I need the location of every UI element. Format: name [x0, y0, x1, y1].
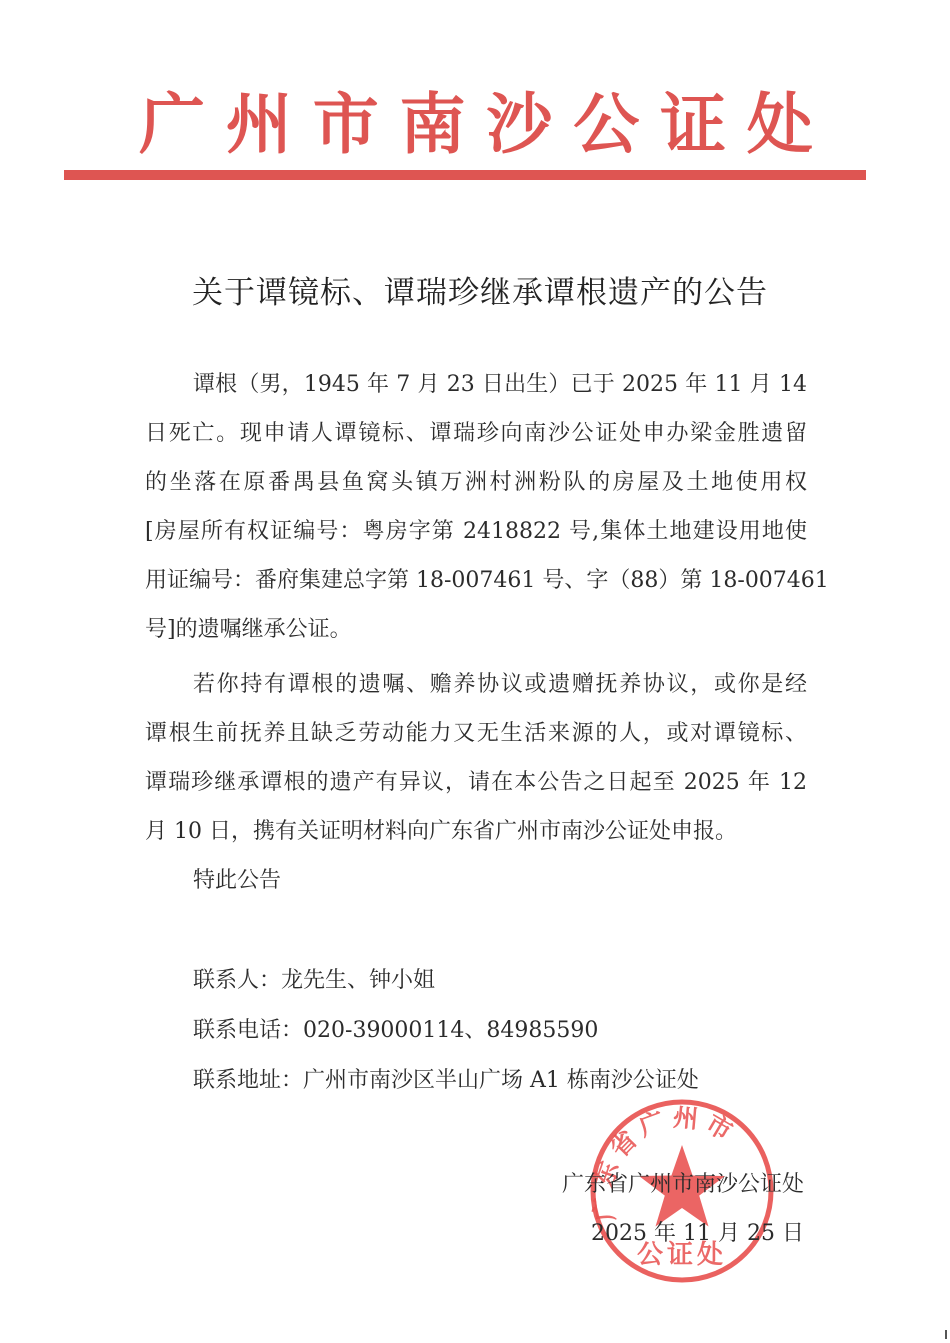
notice-paragraph-1: 谭根（男，1945 年 7 月 23 日出生）已于 2025 年 11 月 14…	[145, 360, 807, 654]
contact-phone-value: 020-39000114、84985590	[303, 1018, 598, 1043]
letterhead-char: 南	[397, 84, 469, 164]
letterhead-char: 公	[570, 84, 642, 164]
letterhead-char: 证	[657, 84, 729, 164]
letterhead-char: 广	[136, 84, 208, 164]
contact-person-label: 联系人：	[193, 968, 281, 993]
paragraph-line: 谭根生前抚养且缺乏劳动能力又无生活来源的人，或对谭镜标、	[145, 709, 807, 758]
notice-paragraph-2: 若你持有谭根的遗嘱、赡养协议或遗赠抚养协议，或你是经 谭根生前抚养且缺乏劳动能力…	[145, 660, 807, 856]
letterhead-char: 处	[744, 84, 816, 164]
scan-edge-mark	[945, 1330, 947, 1339]
paragraph-line: 谭根（男，1945 年 7 月 23 日出生）已于 2025 年 11 月 14	[145, 360, 807, 409]
notice-title: 关于谭镜标、谭瑞珍继承谭根遗产的公告	[100, 271, 860, 315]
contact-address-label: 联系地址：	[193, 1068, 303, 1093]
issue-date: 2025 年 11 月 25 日	[562, 1209, 804, 1258]
closing-statement: 特此公告	[193, 856, 281, 905]
contact-phone: 联系电话：020-39000114、84985590	[193, 1006, 699, 1056]
letterhead-char: 州	[223, 84, 295, 164]
letterhead-title: 广 州 市 南 沙 公 证 处	[136, 84, 816, 164]
paragraph-line: [房屋所有权证编号：粤房字第 2418822 号,集体土地建设用地使	[145, 507, 807, 556]
contact-person-value: 龙先生、钟小姐	[281, 968, 435, 993]
paragraph-line: 号]的遗嘱继承公证。	[145, 605, 807, 654]
letterhead-divider	[64, 170, 866, 180]
signature-block: 广东省广州市南沙公证处 2025 年 11 月 25 日	[562, 1160, 804, 1258]
contact-person: 联系人：龙先生、钟小姐	[193, 956, 699, 1006]
paragraph-line: 谭瑞珍继承谭根的遗产有异议，请在本公告之日起至 2025 年 12	[145, 758, 807, 807]
notice-page: 广 州 市 南 沙 公 证 处 关于谭镜标、谭瑞珍继承谭根遗产的公告 谭根（男，…	[0, 0, 950, 1343]
issuer-name: 广东省广州市南沙公证处	[562, 1160, 804, 1209]
contact-address-value: 广州市南沙区半山广场 A1 栋南沙公证处	[303, 1068, 699, 1093]
contact-info: 联系人：龙先生、钟小姐 联系电话：020-39000114、84985590 联…	[193, 956, 699, 1106]
paragraph-line: 的坐落在原番禺县鱼窝头镇万洲村洲粉队的房屋及土地使用权	[145, 458, 807, 507]
contact-phone-label: 联系电话：	[193, 1018, 303, 1043]
paragraph-line: 若你持有谭根的遗嘱、赡养协议或遗赠抚养协议，或你是经	[145, 660, 807, 709]
paragraph-line: 月 10 日，携有关证明材料向广东省广州市南沙公证处申报。	[145, 807, 807, 856]
letterhead-char: 市	[310, 84, 382, 164]
letterhead-char: 沙	[483, 84, 555, 164]
paragraph-line: 用证编号：番府集建总字第 18-007461 号、字（88）第 18-00746…	[145, 556, 807, 605]
paragraph-line: 日死亡。现申请人谭镜标、谭瑞珍向南沙公证处申办梁金胜遗留	[145, 409, 807, 458]
